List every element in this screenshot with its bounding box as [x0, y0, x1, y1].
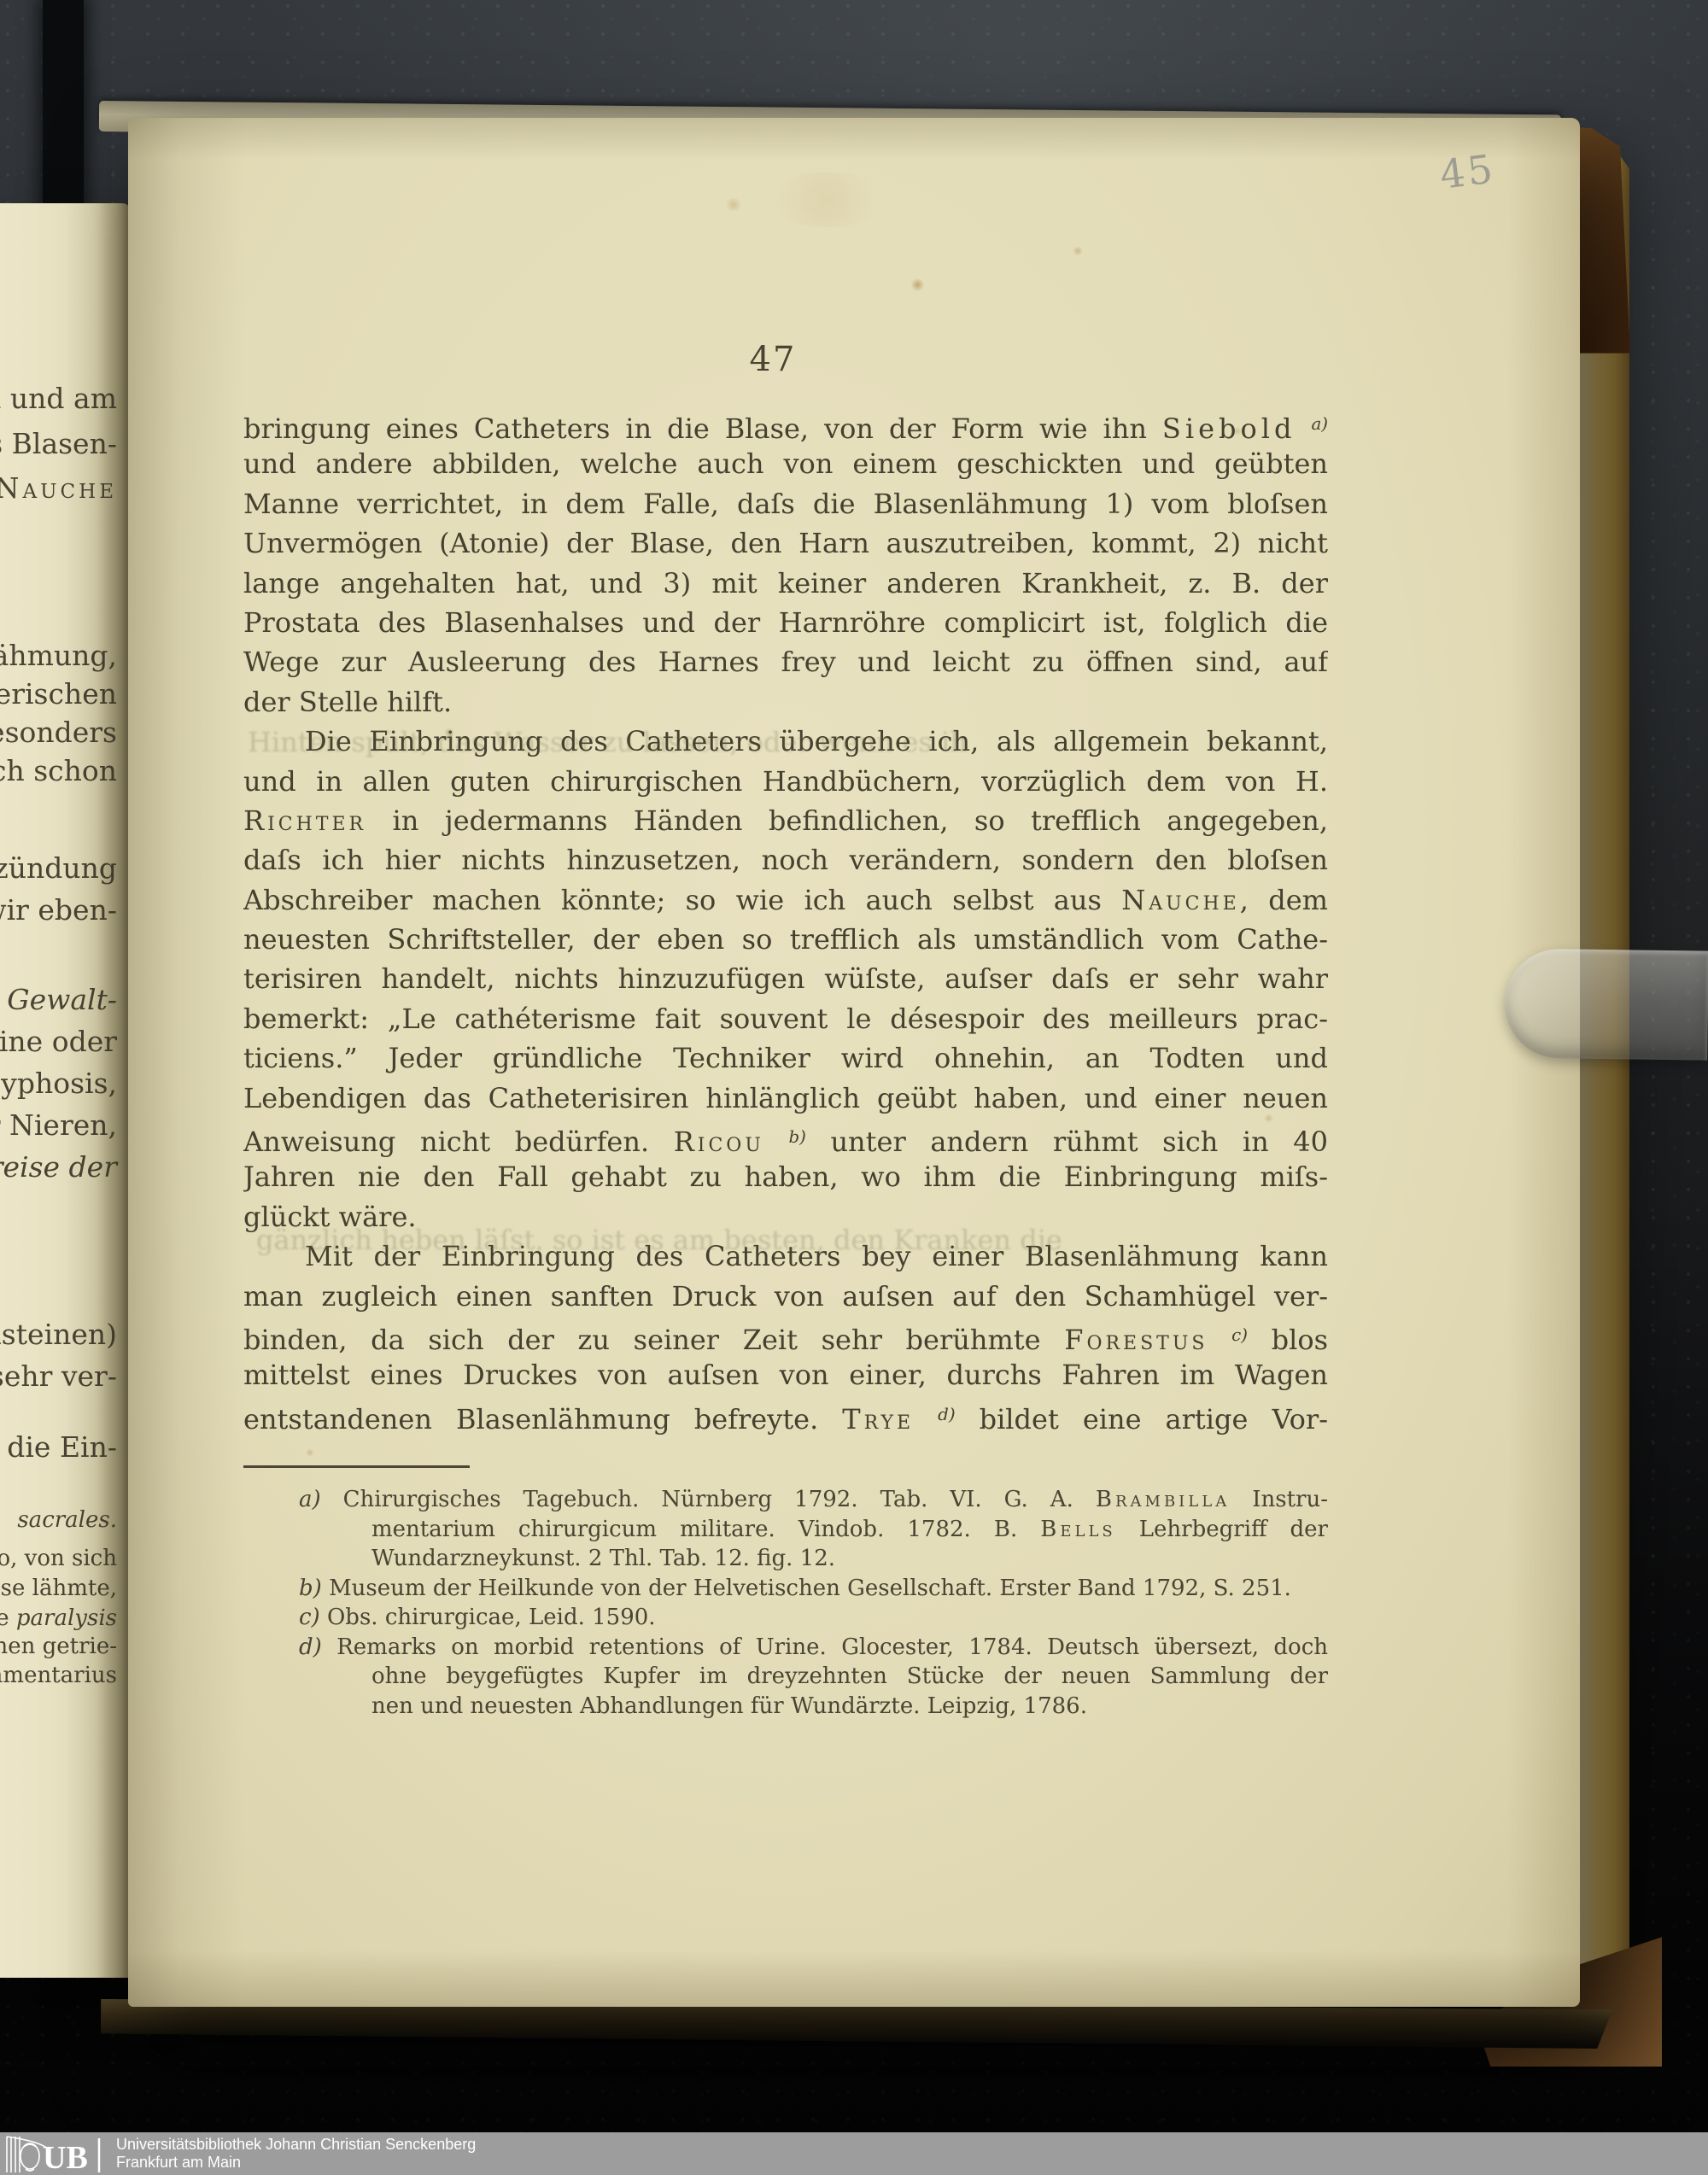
- facing-page-text-fragment: st die Ein-: [0, 1430, 117, 1464]
- text-segment: der Stelle hilft.: [243, 686, 452, 718]
- text-line: nen und neuesten Abhandlungen für Wundär…: [243, 1692, 1328, 1722]
- text-line: Wundarzneykunst. 2 Thl. Tab. 12. fig. 12…: [243, 1544, 1328, 1574]
- pencil-foliation-mark: 45: [1437, 145, 1498, 197]
- text-segment: beine oder: [0, 1025, 117, 1058]
- facing-page-text-fragment: senlähmung,: [0, 639, 117, 672]
- library-footer-bar: UB Universitätsbibliothek Johann Christi…: [0, 2132, 1708, 2175]
- facing-page-sliver: peln und amnfalls Blasen-n Nauchesenlähm…: [0, 203, 131, 1978]
- text-segment: , dem: [1240, 884, 1328, 916]
- text-segment: d): [299, 1634, 336, 1660]
- text-line: Jahren nie den Fall gehabt zu haben, wo …: [243, 1157, 1328, 1196]
- text-segment: Trye: [842, 1403, 914, 1435]
- text-line: lange angehalten hat, und 3) mit keiner …: [243, 564, 1328, 603]
- text-segment: Lehrbegriff der: [1116, 1517, 1328, 1542]
- facing-page-text-fragment: peln und am: [0, 382, 117, 415]
- facing-page-text-fragment: ie ich schon: [0, 754, 117, 787]
- text-segment: Abschreiber machen könnte; so wie ich au…: [243, 884, 1121, 916]
- text-segment: Entzündung: [0, 851, 117, 885]
- text-segment: mittelst eines Druckes von auſsen von ei…: [243, 1359, 1328, 1391]
- facing-page-text-fragment: Kreise der: [0, 1150, 117, 1184]
- foxing-spot: [910, 278, 925, 291]
- text-line: binden, da sich der zu seiner Zeit sehr …: [243, 1316, 1328, 1355]
- text-segment: c): [299, 1605, 327, 1630]
- page-number: 47: [687, 340, 858, 379]
- text-segment: Nauche: [1121, 884, 1240, 916]
- text-segment: Bells: [1040, 1517, 1115, 1542]
- foxing-spot: [1073, 246, 1083, 256]
- paper-stain: [762, 172, 890, 227]
- text-segment: Forestus: [1064, 1324, 1208, 1355]
- text-line: und in allen guten chirurgischen Handbüc…: [243, 762, 1328, 801]
- text-segment: Wundarzneykunst. 2 Thl. Tab. 12. fig. 12…: [371, 1546, 835, 1571]
- facing-page-text-fragment: r sehr ver-: [0, 1359, 117, 1393]
- text-segment: venerischen: [0, 677, 117, 710]
- library-city: Frankfurt am Main: [116, 2154, 476, 2172]
- text-segment: Museum der Heilkunde von der Helvetische…: [329, 1576, 1291, 1601]
- text-segment: a): [299, 1487, 343, 1512]
- text-segment: in jedermanns Händen befindlichen, so tr…: [366, 804, 1328, 837]
- text-segment: Jahren nie den Fall gehabt zu haben, wo …: [243, 1161, 1328, 1193]
- text-segment: bringung eines Catheters in die Blase, v…: [243, 412, 1162, 444]
- text-segment: Commentarius: [0, 1663, 117, 1688]
- text-segment: bildet eine artige Vor-: [956, 1403, 1328, 1435]
- facing-page-text-fragment: sacrales.: [17, 1507, 117, 1533]
- text-segment: peln und am: [0, 382, 117, 415]
- text-segment: Lebendigen das Catheterisiren hinlänglic…: [243, 1082, 1328, 1114]
- text-segment: [1296, 412, 1311, 444]
- text-segment: Wege zur Ausleerung des Harnes frey und …: [243, 646, 1328, 678]
- text-segment: senlähmung,: [0, 639, 117, 672]
- book-page: 45 47 bringung eines Catheters in die Bl…: [128, 118, 1580, 2007]
- text-segment: und in allen guten chirurgischen Handbüc…: [243, 765, 1328, 798]
- text-segment: Brambilla: [1096, 1487, 1230, 1512]
- facing-page-text-fragment: venerischen: [0, 677, 117, 710]
- text-segment: ohne beygefügtes Kupfer im dreyzehnten S…: [371, 1663, 1328, 1692]
- text-segment: Chirurgisches Tagebuch. Nürnberg 1792. T…: [343, 1487, 1096, 1512]
- text-segment: ie ich schon: [0, 754, 117, 787]
- text-segment: [1208, 1324, 1231, 1355]
- library-name: Universitätsbibliothek Johann Christian …: [116, 2136, 476, 2154]
- text-segment: Richter: [243, 804, 366, 837]
- text-segment: nfalls Blasen-: [0, 427, 117, 460]
- text-segment: Ricou: [674, 1126, 764, 1157]
- facing-page-text-fragment: , besonders: [0, 716, 117, 749]
- text-line: daſs ich hier nichts hinzusetzen, noch v…: [243, 840, 1328, 880]
- text-segment: ie wir eben-: [0, 893, 117, 927]
- text-line: ticiens.” Jeder gründliche Techniker wir…: [243, 1038, 1328, 1078]
- text-segment: Prostata des Blasenhalses und der Harnrö…: [243, 606, 1328, 639]
- text-segment: ere Gewalt-: [0, 983, 117, 1016]
- footnote-marker: b): [788, 1127, 805, 1147]
- text-segment: entstandenen Blasenlähmung befreyte.: [243, 1403, 842, 1435]
- text-segment: neuesten Schriftsteller, der eben so tre…: [243, 923, 1328, 956]
- text-line: entstandenen Blasenlähmung befreyte. Try…: [243, 1395, 1328, 1435]
- text-segment: binden, da sich der zu seiner Zeit sehr …: [243, 1324, 1064, 1355]
- text-line: Wege zur Ausleerung des Harnes frey und …: [243, 642, 1328, 681]
- text-segment: daſs ich hier nichts hinzusetzen, noch v…: [243, 844, 1328, 876]
- text-line: a) Chirurgisches Tagebuch. Nürnberg 1792…: [243, 1485, 1328, 1515]
- text-line: Unvermögen (Atonie) der Blase, den Harn …: [243, 523, 1328, 563]
- text-line: Abschreiber machen könnte; so wie ich au…: [243, 880, 1328, 920]
- text-segment: blase lähmte,: [0, 1576, 117, 1601]
- text-segment: Kreise der: [0, 1150, 117, 1184]
- text-line: bemerkt: „Le cathéterisme fait souvent l…: [243, 999, 1328, 1038]
- text-segment: paralysis: [16, 1605, 117, 1631]
- text-segment: lange angehalten hat, und 3) mit keiner …: [243, 567, 1328, 599]
- facing-page-text-fragment: Commentarius: [0, 1663, 117, 1688]
- text-segment: terisiren handelt, nichts hinzuzufügen w…: [243, 962, 1328, 995]
- text-line: Richter in jedermanns Händen befindliche…: [243, 801, 1328, 840]
- text-segment: r Cyphosis,: [0, 1067, 117, 1100]
- text-line: Lebendigen das Catheterisiren hinlänglic…: [243, 1079, 1328, 1118]
- text-segment: Instru-: [1230, 1487, 1328, 1512]
- text-segment: nen und neuesten Abhandlungen für Wundär…: [371, 1693, 1087, 1719]
- scan-root: { "document": { "page_number": "47", "pe…: [0, 0, 1708, 2175]
- facing-page-text-fragment: blase lähmte,: [0, 1576, 117, 1601]
- page-holder-strap: [1504, 948, 1708, 1060]
- text-line: Anweisung nicht bedürfen. Ricou b) unter…: [243, 1118, 1328, 1157]
- library-name-block: Universitätsbibliothek Johann Christian …: [116, 2136, 476, 2172]
- facing-page-text-fragment: n Nauche: [0, 471, 117, 505]
- facing-page-text-fragment: rnsteinen): [0, 1318, 117, 1351]
- text-line: Prostata des Blasenhalses und der Harnrö…: [243, 603, 1328, 642]
- facing-page-text-fragment: Entzündung: [0, 851, 117, 885]
- text-segment: go, von sich: [0, 1546, 117, 1571]
- facing-page-text-fragment: r Cyphosis,: [0, 1067, 117, 1100]
- text-segment: b): [299, 1576, 329, 1601]
- body-text: bringung eines Catheters in die Blase, v…: [243, 405, 1328, 1435]
- facing-page-text-fragment: go, von sich: [0, 1546, 117, 1571]
- text-line: d) Remarks on morbid retentions of Urine…: [243, 1633, 1328, 1663]
- text-segment: Remarks on morbid retentions of Urine. G…: [336, 1634, 1328, 1660]
- text-segment: Obs. chirurgicae, Leid. 1590.: [327, 1605, 656, 1630]
- facing-page-text-fragment: ere Gewalt-: [0, 983, 117, 1016]
- text-line: und andere abbilden, welche auch von ein…: [243, 444, 1328, 483]
- text-segment: ticiens.” Jeder gründliche Techniker wir…: [243, 1042, 1328, 1074]
- text-segment: blos: [1248, 1324, 1328, 1355]
- footnote-marker: c): [1231, 1325, 1248, 1345]
- text-segment: die: [0, 1605, 16, 1631]
- text-line: b) Museum der Heilkunde von der Helvetis…: [243, 1574, 1328, 1604]
- text-line: ohne beygefügtes Kupfer im dreyzehnten S…: [243, 1662, 1328, 1692]
- text-segment: innen getrie-: [0, 1634, 117, 1659]
- text-line: der Stelle hilft.: [243, 682, 1328, 722]
- facing-page-text-fragment: nfalls Blasen-: [0, 427, 117, 460]
- text-segment: Anweisung nicht bedürfen.: [243, 1126, 674, 1157]
- facing-page-text-fragment: innen getrie-: [0, 1634, 117, 1659]
- text-segment: man zugleich einen sanften Druck von auſ…: [243, 1280, 1328, 1313]
- text-segment: bemerkt: „Le cathéterisme fait souvent l…: [243, 1003, 1328, 1035]
- text-segment: Nauche: [0, 471, 117, 505]
- book-spine-shadow: [43, 0, 84, 220]
- facing-page-text-fragment: ie wir eben-: [0, 893, 117, 927]
- text-line: terisiren handelt, nichts hinzuzufügen w…: [243, 959, 1328, 998]
- text-line: mentarium chirurgicum militare. Vindob. …: [243, 1515, 1328, 1545]
- gilt-fore-edge: [1580, 138, 1629, 2030]
- ub-logo-text: UB: [43, 2140, 88, 2174]
- text-segment: r sehr ver-: [0, 1359, 117, 1393]
- text-segment: sacrales.: [17, 1507, 117, 1533]
- text-segment: mentarium chirurgicum militare. Vindob. …: [371, 1517, 1040, 1542]
- text-line: neuesten Schriftsteller, der eben so tre…: [243, 920, 1328, 959]
- ink-showthrough-text: Hinten spült, das Wasser zu lassen, oder…: [248, 726, 968, 758]
- footnotes-block: a) Chirurgisches Tagebuch. Nürnberg 1792…: [243, 1485, 1328, 1721]
- text-segment: unter andern rühmt sich in 40: [806, 1126, 1328, 1157]
- text-segment: [764, 1126, 789, 1157]
- facing-page-text-fragment: die paralysis: [0, 1605, 117, 1631]
- text-line: bringung eines Catheters in die Blase, v…: [243, 405, 1328, 444]
- facing-page-text-fragment: beine oder: [0, 1025, 117, 1058]
- text-segment: [914, 1403, 938, 1435]
- facing-page-text-fragment: der Nieren,: [0, 1108, 117, 1142]
- footnote-marker: a): [1311, 414, 1328, 434]
- ub-library-logo: UB: [3, 2133, 104, 2174]
- ink-showthrough-text: gänzlich heben läſst, so ist es am beste…: [256, 1224, 1062, 1256]
- text-line: mittelst eines Druckes von auſsen von ei…: [243, 1355, 1328, 1394]
- text-segment: und andere abbilden, welche auch von ein…: [243, 447, 1328, 480]
- text-line: man zugleich einen sanften Druck von auſ…: [243, 1277, 1328, 1316]
- footnote-marker: d): [938, 1405, 955, 1424]
- text-segment: , besonders: [0, 716, 117, 749]
- foxing-spot: [724, 198, 743, 211]
- text-segment: rnsteinen): [0, 1318, 117, 1351]
- foxing-spot: [306, 1448, 314, 1457]
- text-segment: Manne verrichtet, in dem Falle, daſs die…: [243, 488, 1328, 520]
- text-line: Manne verrichtet, in dem Falle, daſs die…: [243, 484, 1328, 523]
- text-segment: Siebold: [1162, 412, 1296, 444]
- text-segment: der Nieren,: [0, 1108, 117, 1142]
- text-segment: Unvermögen (Atonie) der Blase, den Harn …: [243, 527, 1328, 559]
- text-segment: st die Ein-: [0, 1430, 117, 1464]
- text-line: c) Obs. chirurgicae, Leid. 1590.: [243, 1603, 1328, 1633]
- footnote-separator-rule: [243, 1465, 470, 1468]
